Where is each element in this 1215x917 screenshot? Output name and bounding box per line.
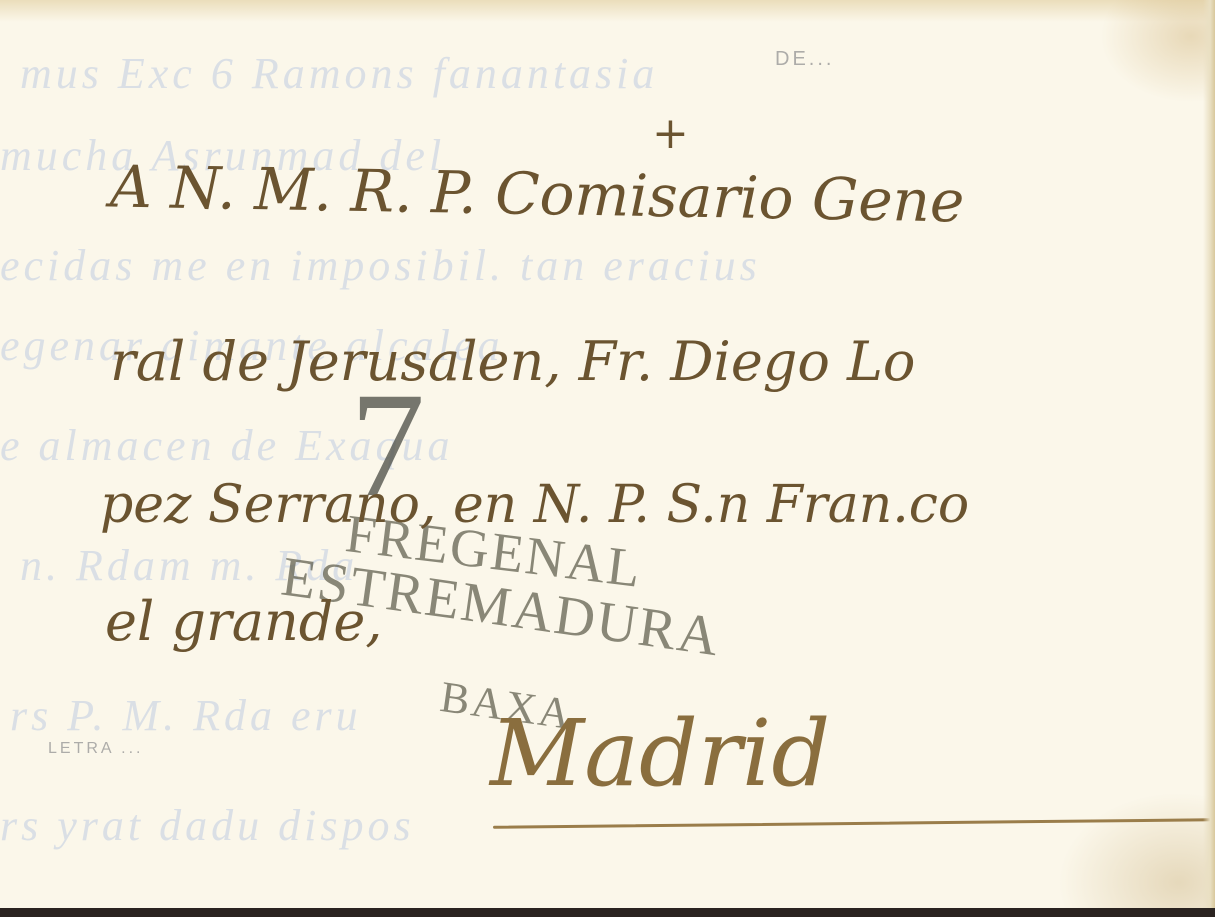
address-line: pez Serrano, en N. P. S.n Fran.co	[100, 475, 969, 535]
pencil-note: LETRA ...	[48, 740, 143, 758]
address-underline	[493, 818, 1213, 829]
address-line: el grande,	[105, 590, 382, 653]
paper-edge	[1203, 0, 1215, 910]
pencil-note: DE...	[775, 48, 834, 71]
address-line: ral de Jerusalen, Fr. Diego Lo	[110, 330, 915, 393]
folded-letter-cover: mus Exc 6 Ramons fanantasia mucha Asrunm…	[0, 0, 1215, 910]
address-line: A N. M. R. P. Comisario Gene	[109, 153, 964, 236]
bleed-through-text: mus Exc 6 Ramons fanantasia	[20, 48, 658, 99]
bleed-through-text: rs yrat dadu dispos	[0, 800, 415, 851]
destination-city: Madrid	[490, 700, 830, 807]
bleed-through-text: rs P. M. Rda eru	[10, 690, 362, 741]
cross-mark: +	[652, 108, 689, 159]
bleed-through-text: ecidas me en imposibil. tan eracius	[0, 240, 761, 291]
background-border	[0, 908, 1215, 917]
